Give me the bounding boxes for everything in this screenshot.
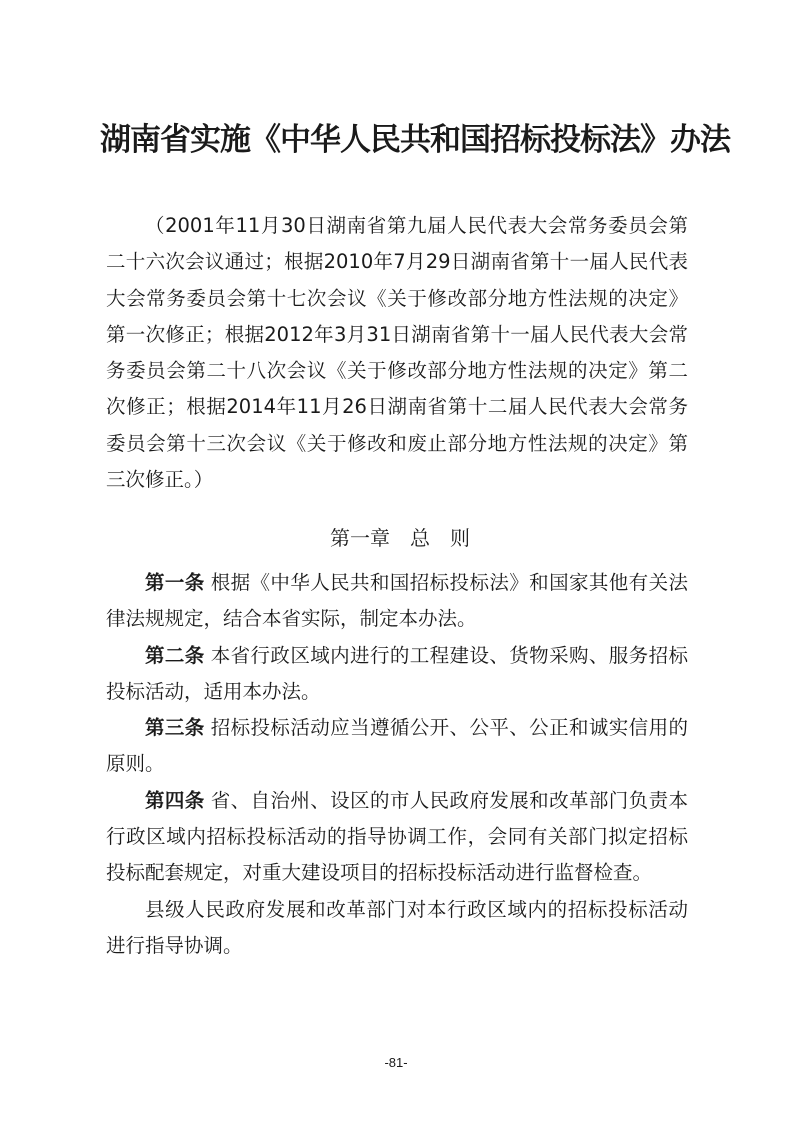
revision-note-text: （2001年11月30日湖南省第九届人民代表大会常务委员会第二十六次会议通过；根… bbox=[106, 208, 688, 498]
article-4-paragraph-2: 县级人民政府发展和改革部门对本行政区域内的招标投标活动进行指导协调。 bbox=[106, 892, 688, 965]
article-number: 第一条 bbox=[145, 571, 205, 594]
page-number: -81- bbox=[346, 1055, 446, 1070]
articles-section: 第一条根据《中华人民共和国招标投标法》和国家其他有关法律法规规定，结合本省实际，… bbox=[106, 565, 688, 964]
article-2: 第二条本省行政区域内进行的工程建设、货物采购、服务招标投标活动，适用本办法。 bbox=[106, 638, 688, 711]
article-number: 第二条 bbox=[145, 644, 205, 667]
document-page: 湖南省实施《中华人民共和国招标投标法》办法 （2001年11月30日湖南省第九届… bbox=[0, 0, 793, 1122]
article-number: 第三条 bbox=[145, 716, 205, 739]
article-1: 第一条根据《中华人民共和国招标投标法》和国家其他有关法律法规规定，结合本省实际，… bbox=[106, 565, 688, 638]
article-number: 第四条 bbox=[145, 789, 205, 812]
article-3: 第三条招标投标活动应当遵循公开、公平、公正和诚实信用的原则。 bbox=[106, 710, 688, 783]
revision-note: （2001年11月30日湖南省第九届人民代表大会常务委员会第二十六次会议通过；根… bbox=[106, 208, 688, 498]
document-title: 湖南省实施《中华人民共和国招标投标法》办法 bbox=[100, 118, 700, 162]
chapter-heading: 第一章 总 则 bbox=[100, 520, 700, 556]
article-4: 第四条省、自治州、设区的市人民政府发展和改革部门负责本行政区域内招标投标活动的指… bbox=[106, 783, 688, 892]
